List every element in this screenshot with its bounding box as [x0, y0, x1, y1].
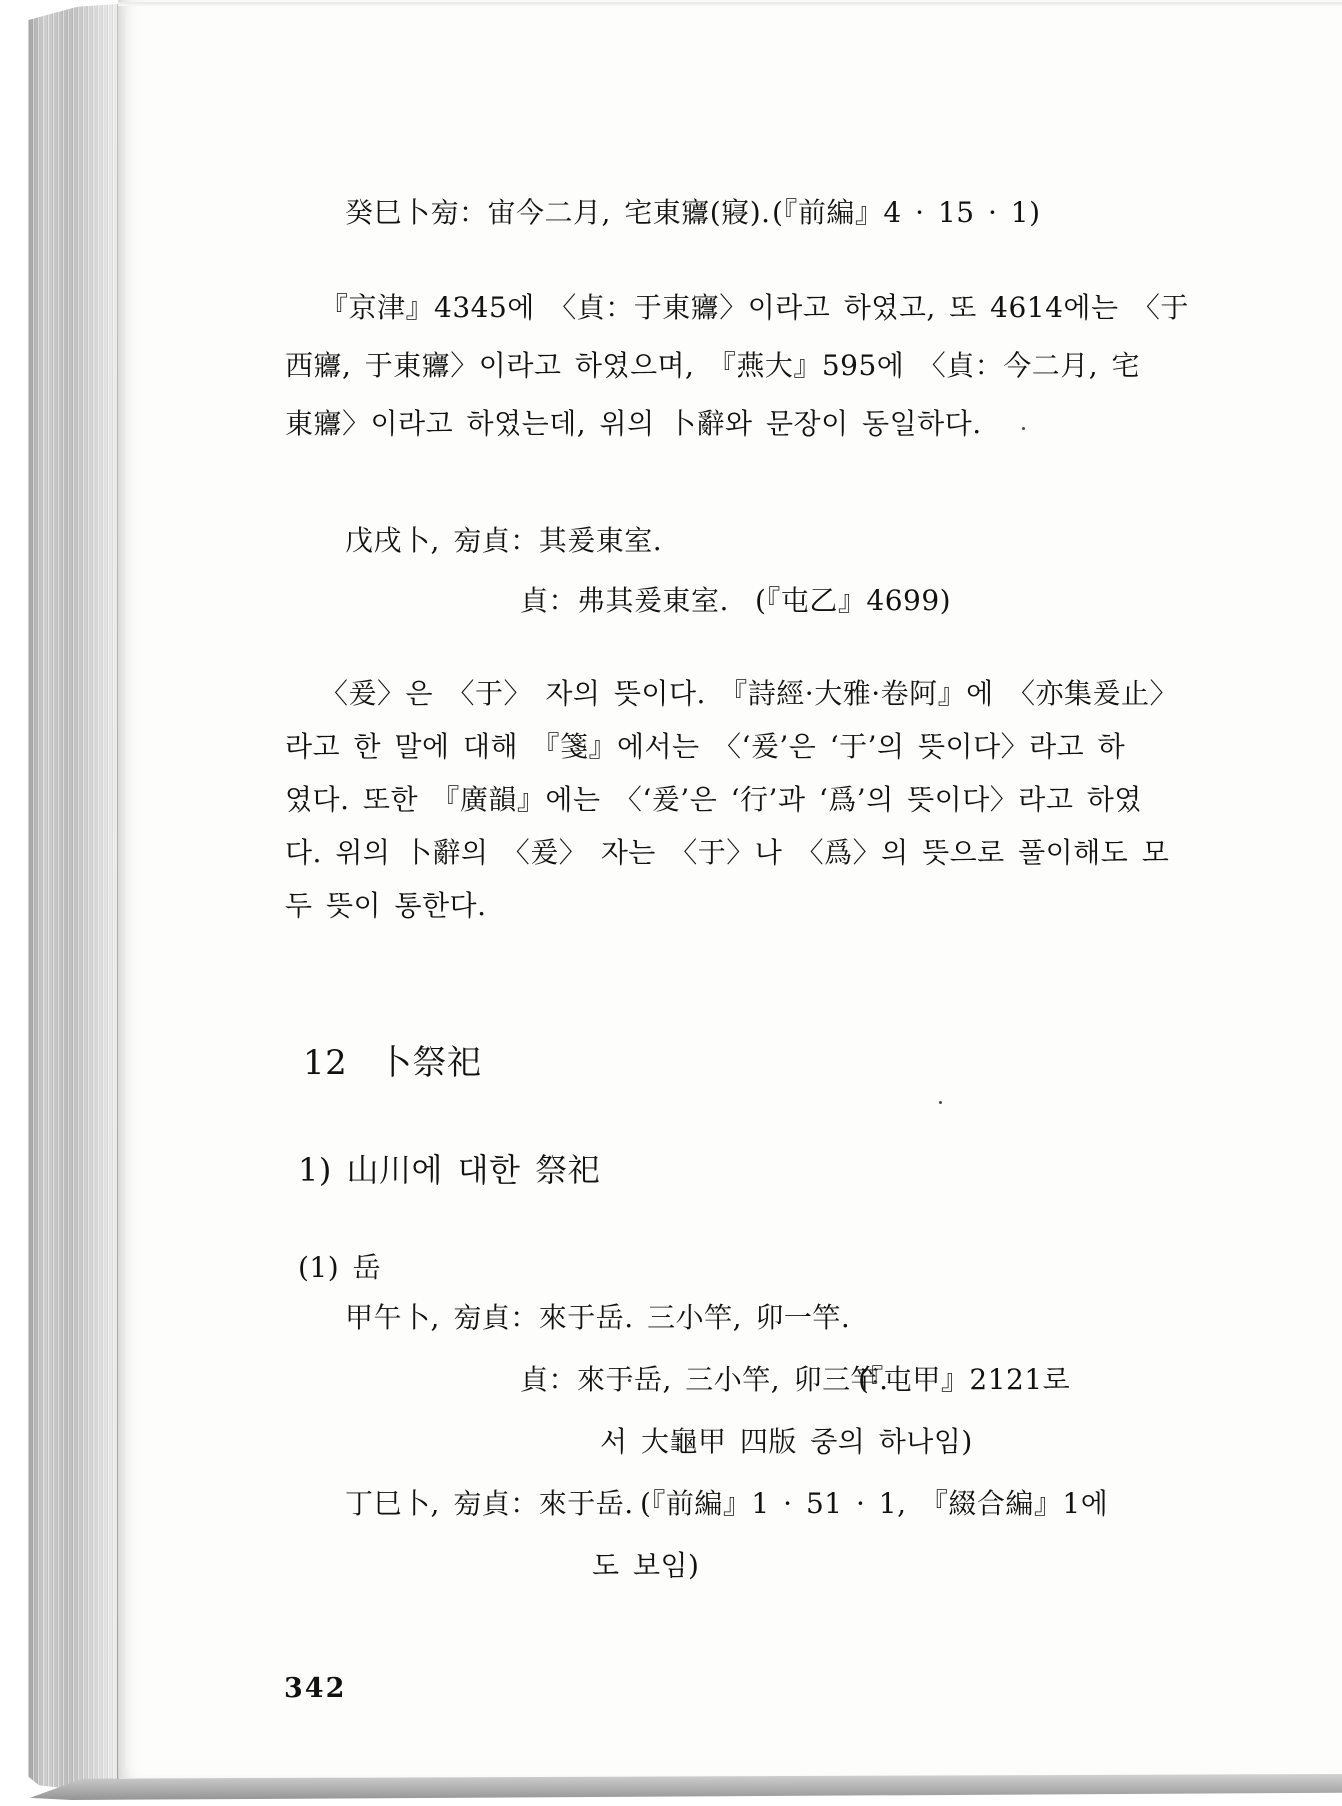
subsection-heading: 1) 山川에 대한 祭祀: [298, 1150, 600, 1190]
paragraph-2-line-1: 〈爰〉은 〈于〉 자의 뜻이다. 『詩經·大雅·卷阿』에 〈亦集爰止〉: [320, 676, 1178, 711]
oracle-inscription-2-line-2: 貞：弗其爰東室.: [520, 583, 729, 618]
oracle-inscription-1-citation: (『前編』4 · 15 · 1): [772, 195, 1041, 230]
oracle-inscription-3-line-2: 貞：來于岳, 三小竿, 卯三竿.: [520, 1362, 889, 1397]
paragraph-1-line-3: 東㝲〉이라고 하였는데, 위의 卜辭와 문장이 동일하다.: [285, 406, 982, 441]
oracle-inscription-3-line-3: 서 大龜甲 四版 중의 하나임): [600, 1424, 973, 1459]
oracle-inscription-1: 癸巳卜㫄：宙今二月, 宅東㝲(寢).: [345, 195, 771, 230]
section-heading: 12 卜祭祀: [303, 1042, 481, 1085]
paragraph-2-line-3: 였다. 또한 『廣韻』에는 〈‘爰’은 ‘行’과 ‘爲’의 뜻이다〉라고 하였: [285, 782, 1142, 817]
item-heading: (1) 岳: [298, 1250, 381, 1285]
page-number: 342: [284, 1672, 346, 1706]
scan-speck: [628, 1379, 631, 1382]
oracle-inscription-2-line-1: 戊戌卜, 㫄貞：其爰東室.: [345, 523, 662, 558]
oracle-inscription-3-line-1: 甲午卜, 㫄貞：來于岳. 三小竿, 卯一竿.: [345, 1300, 850, 1335]
paragraph-2-line-5: 두 뜻이 통한다.: [285, 888, 487, 923]
page-top-edge: [118, 2, 1342, 6]
paragraph-2-line-4: 다. 위의 卜辭의 〈爰〉 자는 〈于〉나 〈爲〉의 뜻으로 풀이해도 모: [285, 835, 1169, 870]
scan-speck: [1022, 427, 1025, 430]
oracle-inscription-2-citation: (『屯乙』4699): [755, 583, 951, 618]
scan-speck: [939, 1101, 942, 1104]
paragraph-1-line-2: 西㝲, 于東㝲〉이라고 하였으며, 『燕大』595에 〈貞：今二月, 宅: [285, 348, 1140, 383]
paragraph-2-line-2: 라고 한 말에 대해 『箋』에서는 〈‘爰’은 ‘于’의 뜻이다〉라고 하: [285, 729, 1125, 764]
oracle-inscription-3-line-5: 도 보임): [592, 1548, 699, 1583]
book-fore-edge: [28, 4, 118, 1796]
paragraph-1-line-1: 『京津』4345에 〈貞：于東㝲〉이라고 하였고, 또 4614에는 〈于: [320, 290, 1189, 325]
book-page-scan: 癸巳卜㫄：宙今二月, 宅東㝲(寢). (『前編』4 · 15 · 1) 『京津』…: [0, 0, 1342, 1806]
oracle-inscription-3-line-4: 丁巳卜, 㫄貞：來于岳.: [345, 1486, 634, 1521]
oracle-inscription-3-line-4-citation: (『前編』1 · 51 · 1, 『綴合編』1에: [640, 1486, 1108, 1521]
oracle-inscription-3-line-2-citation: (『屯甲』2121로: [858, 1362, 1070, 1397]
